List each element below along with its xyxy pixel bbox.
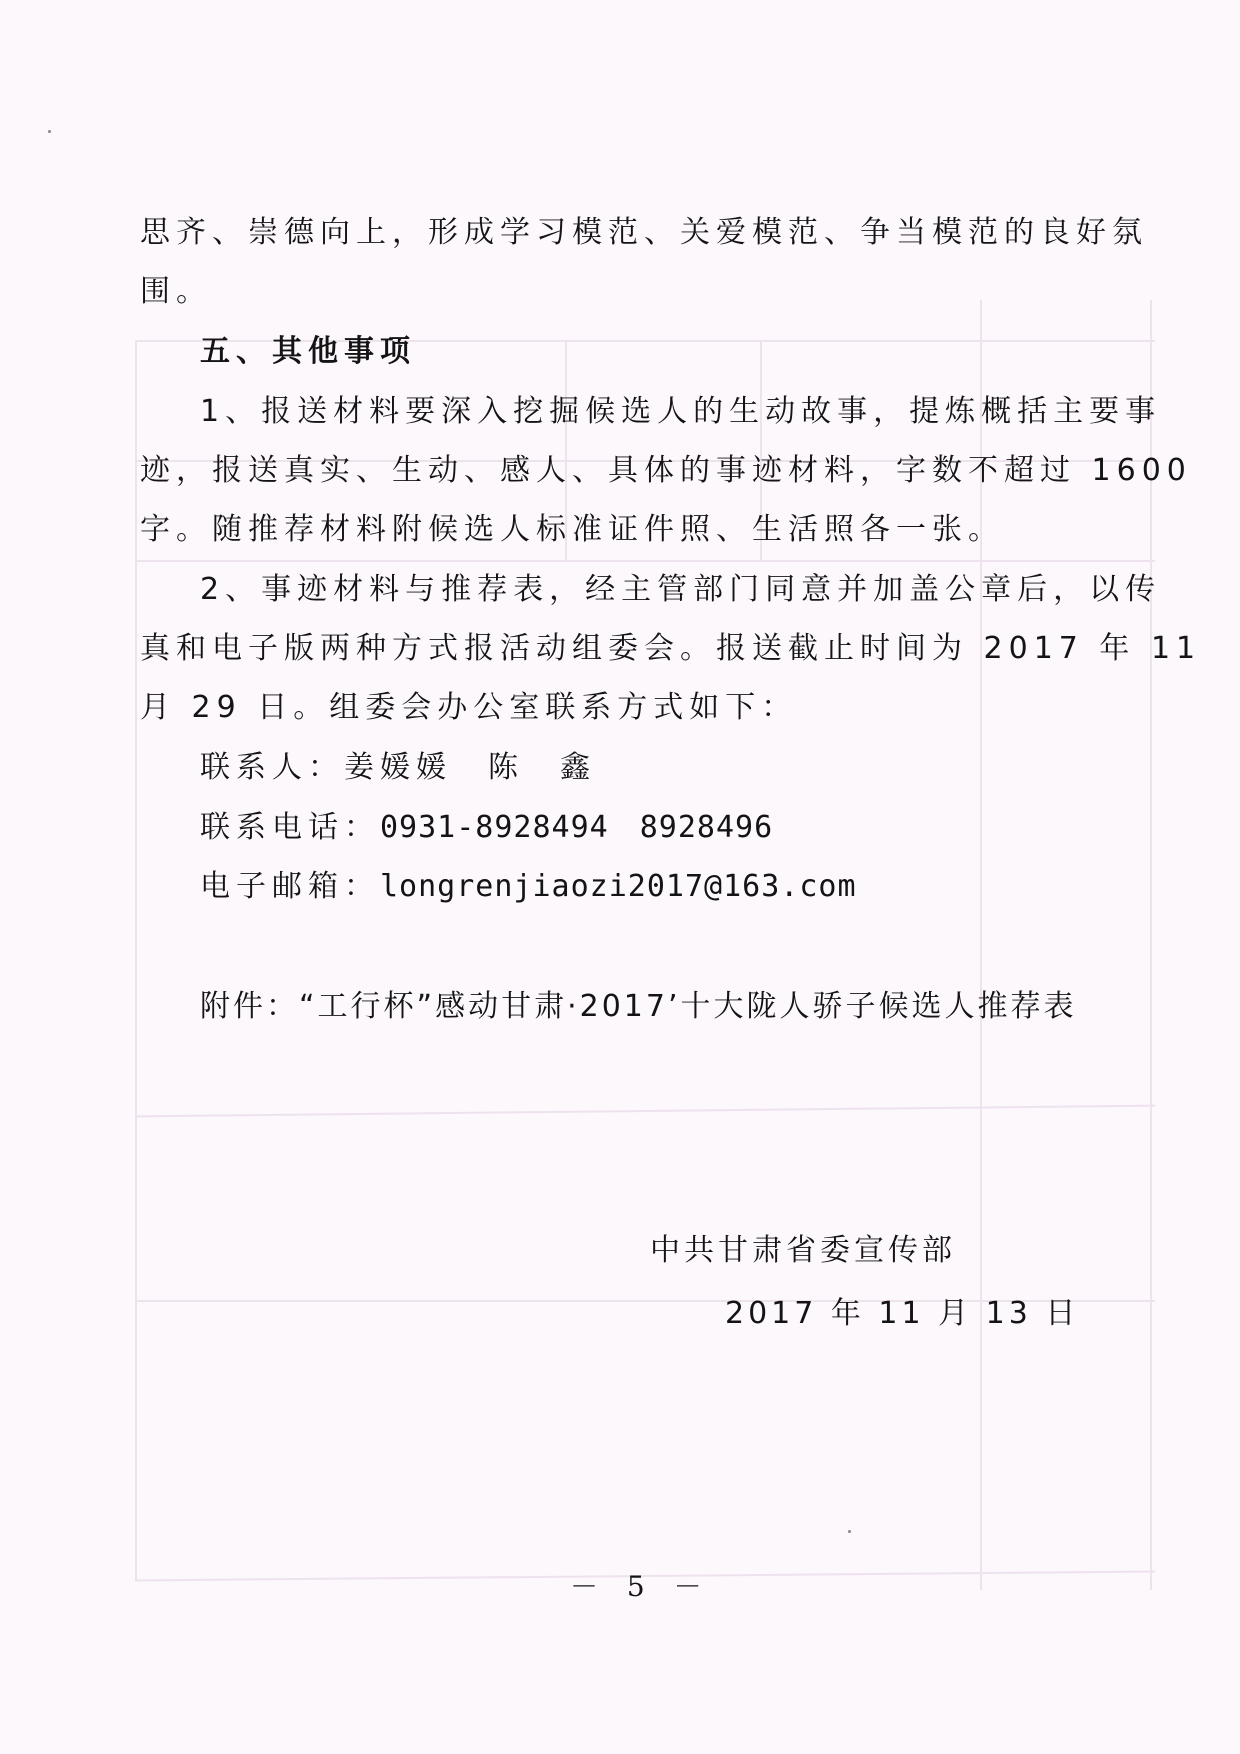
ghost-rule (980, 300, 982, 1590)
paragraph-line: 真和电子版两种方式报活动组委会。报送截止时间为 2017 年 11 (140, 629, 1050, 669)
signature-organization: 中共甘肃省委宣传部 (650, 1225, 956, 1269)
ghost-rule (1150, 300, 1152, 1590)
contact-email-row: 电子邮箱：longrenjiaozi2017@163.com (200, 867, 1050, 907)
signature-date: 2017 年 11 月 13 日 (725, 1288, 1079, 1332)
page-number: － 5 － (570, 1565, 712, 1605)
contact-phone-row: 联系电话：0931-8928494 8928496 (200, 808, 1050, 848)
ghost-rule (135, 1105, 1155, 1117)
scan-speck (848, 1530, 851, 1533)
ghost-rule (135, 340, 137, 1580)
paragraph-line: 1、报送材料要深入挖掘候选人的生动故事，提炼概括主要事 (200, 392, 1050, 432)
ghost-rule (135, 560, 1155, 562)
paragraph-line: 字。随推荐材料附候选人标准证件照、生活照各一张。 (140, 510, 1050, 550)
contact-person-label: 联系人： (200, 750, 344, 785)
attachment-note: 附件：“工行杯”感动甘肃·2017’十大陇人骄子候选人推荐表 (200, 987, 1050, 1027)
contact-phone-label: 联系电话： (200, 810, 380, 845)
paragraph-line: 围。 (140, 272, 1050, 312)
paragraph-line: 思齐、崇德向上，形成学习模范、关爱模范、争当模范的良好氛 (140, 213, 1050, 253)
contact-person-row: 联系人：姜媛媛 陈 鑫 (200, 748, 1050, 788)
section-heading: 五、其他事项 (200, 332, 1050, 372)
contact-person-names: 姜媛媛 陈 鑫 (344, 750, 596, 785)
scan-speck (48, 130, 51, 133)
contact-email-address[interactable]: longrenjiaozi2017@163.com (380, 869, 857, 904)
paragraph-line: 月 29 日。组委会办公室联系方式如下： (140, 688, 1050, 728)
paragraph-line: 迹，报送真实、生动、感人、具体的事迹材料，字数不超过 1600 (140, 451, 1050, 491)
paragraph-line: 2、事迹材料与推荐表，经主管部门同意并加盖公章后，以传 (200, 570, 1050, 610)
contact-phone-numbers: 0931-8928494 8928496 (380, 810, 773, 845)
contact-email-label: 电子邮箱： (200, 869, 380, 904)
